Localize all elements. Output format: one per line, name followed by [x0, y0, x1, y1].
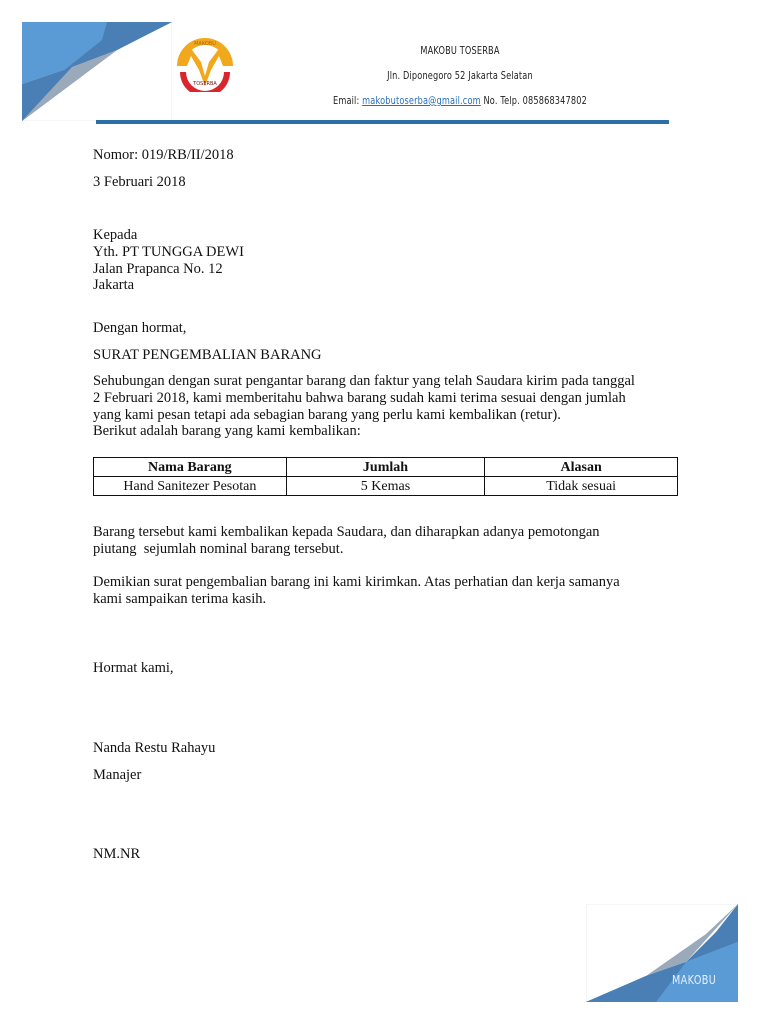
makobu-logo-icon: MAKOBU TOSERBA: [171, 32, 239, 92]
email-label: Email:: [333, 95, 362, 107]
column-header-nama-barang: Nama Barang: [94, 458, 287, 477]
recipient-street: Jalan Prapanca No. 12: [93, 261, 223, 278]
letter-date: 3 Februari 2018: [93, 174, 186, 191]
contact-line: Email: makobutoserba@gmail.com No. Telp.…: [288, 95, 631, 107]
cell-alasan: Tidak sesuai: [485, 477, 678, 496]
header-rule: [96, 120, 669, 124]
closing: Hormat kami,: [93, 660, 174, 677]
phone-number: 085868347802: [523, 95, 587, 107]
company-address: Jln. Diponegoro 52 Jakarta Selatan: [288, 70, 631, 82]
logo-bottom-text: TOSERBA: [192, 81, 217, 87]
logo-top-text: MAKOBU: [194, 41, 216, 47]
company-name: MAKOBU TOSERBA: [288, 45, 631, 57]
intro-line: Berikut adalah barang yang kami kembalik…: [93, 423, 361, 440]
cell-nama-barang: Hand Sanitezer Pesotan: [94, 477, 287, 496]
paragraph-3-line: Demikian surat pengembalian barang ini k…: [93, 574, 620, 591]
corner-decoration-bottom-right: [586, 904, 738, 1002]
signer-title: Manajer: [93, 767, 141, 784]
signer-name: Nanda Restu Rahayu: [93, 740, 215, 757]
returned-items-table: Nama Barang Jumlah Alasan Hand Sanitezer…: [93, 457, 678, 496]
recipient-city: Jakarta: [93, 277, 134, 294]
recipient-name: Yth. PT TUNGGA DEWI: [93, 244, 244, 261]
column-header-alasan: Alasan: [485, 458, 678, 477]
paragraph-2-line: Barang tersebut kami kembalikan kepada S…: [93, 524, 600, 541]
initials: NM.NR: [93, 846, 140, 863]
footer-brand: MAKOBU: [672, 973, 716, 987]
table-header-row: Nama Barang Jumlah Alasan: [94, 458, 678, 477]
letter-number: Nomor: 019/RB/II/2018: [93, 147, 234, 164]
column-header-jumlah: Jumlah: [286, 458, 485, 477]
corner-decoration-top-left: [22, 22, 172, 121]
intro-line: 2 Februari 2018, kami memberitahu bahwa …: [93, 390, 626, 407]
intro-line: yang kami pesan tetapi ada sebagian bara…: [93, 407, 561, 424]
intro-line: Sehubungan dengan surat pengantar barang…: [93, 373, 635, 390]
table-row: Hand Sanitezer Pesotan 5 Kemas Tidak ses…: [94, 477, 678, 496]
phone-label: No. Telp.: [481, 95, 523, 107]
greeting: Dengan hormat,: [93, 320, 186, 337]
recipient-kepada: Kepada: [93, 227, 137, 244]
email-link[interactable]: makobutoserba@gmail.com: [362, 95, 481, 107]
letter-subject: SURAT PENGEMBALIAN BARANG: [93, 347, 322, 364]
paragraph-2-line: piutang sejumlah nominal barang tersebut…: [93, 541, 343, 558]
cell-jumlah: 5 Kemas: [286, 477, 485, 496]
paragraph-3-line: kami sampaikan terima kasih.: [93, 591, 266, 608]
